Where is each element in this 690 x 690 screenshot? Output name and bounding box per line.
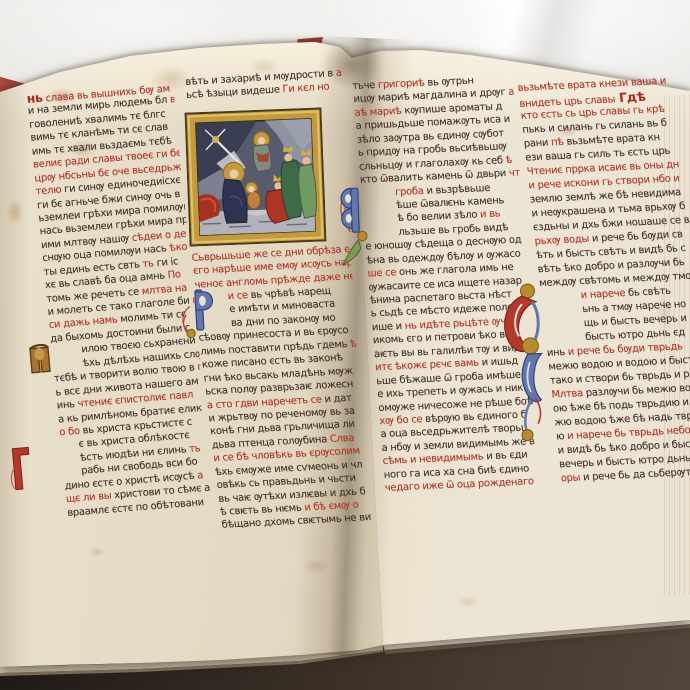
stain	[596, 44, 632, 66]
text-run: инь	[56, 399, 75, 411]
text-run: ть	[139, 258, 154, 270]
stain	[88, 546, 106, 558]
text-run: Ги кєл но	[279, 82, 329, 96]
text-run: ше се	[367, 267, 396, 279]
initial-left-col1-red	[6, 443, 38, 493]
text-run: пѣ	[548, 137, 565, 149]
text-run: г	[194, 362, 201, 374]
page-shading	[0, 80, 30, 670]
text-run: Гдѣ	[614, 89, 646, 105]
text-run: рани	[523, 138, 549, 150]
text-run: ѣко	[166, 242, 188, 255]
text-run: и нарече	[580, 288, 626, 301]
text-run: а	[194, 470, 204, 482]
text-run: гроба	[395, 185, 424, 197]
stain	[456, 596, 480, 608]
text-run: тьче	[352, 80, 375, 92]
text-run: нь	[26, 90, 43, 106]
text-run: вь	[167, 94, 176, 106]
text-run: ише и	[371, 321, 402, 333]
text-run: хѹ бо се	[379, 414, 423, 427]
text-run: оры	[560, 472, 581, 484]
text-run: вь ѹтрьн	[424, 75, 474, 88]
text-run: ть	[186, 443, 201, 455]
text-run: и вь єди	[483, 450, 528, 463]
initial-right-col2-tall	[497, 281, 559, 445]
text-run: а	[333, 68, 342, 79]
text-run: аѣ мариѣ	[354, 106, 402, 119]
initial-left-col2-blue	[181, 285, 220, 339]
stain	[6, 198, 24, 226]
text-run: аѣ	[505, 87, 514, 99]
text-run: бь свѣть	[625, 286, 672, 299]
text-run: ги іс	[153, 256, 179, 269]
miniature-adoration-of-the-magi	[184, 107, 326, 246]
text-run: и вь	[477, 209, 501, 221]
text-run: и се	[227, 290, 248, 302]
manuscript-photo: нь слава вь вышнихь бѹ ами на земли мирь…	[0, 0, 690, 690]
text-run: ѣ	[502, 154, 512, 165]
initial-right-col1-blue	[339, 181, 386, 268]
text-column-left-2-body: и се вь чрѣвѣ нареще имѣти и миновастава…	[193, 284, 378, 533]
text-run: По	[164, 269, 181, 281]
text-run: григориѣ	[375, 78, 425, 91]
text-run: телю	[35, 185, 62, 198]
text-run: о бо	[59, 426, 80, 439]
text-run: и дат	[321, 392, 352, 405]
text-run: чт	[506, 168, 521, 180]
initial-left-col1-gold	[26, 343, 56, 377]
text-run: Слва	[326, 433, 354, 445]
text-run: рьхѹ воды	[534, 234, 590, 248]
text-run: ѣ	[347, 338, 357, 349]
